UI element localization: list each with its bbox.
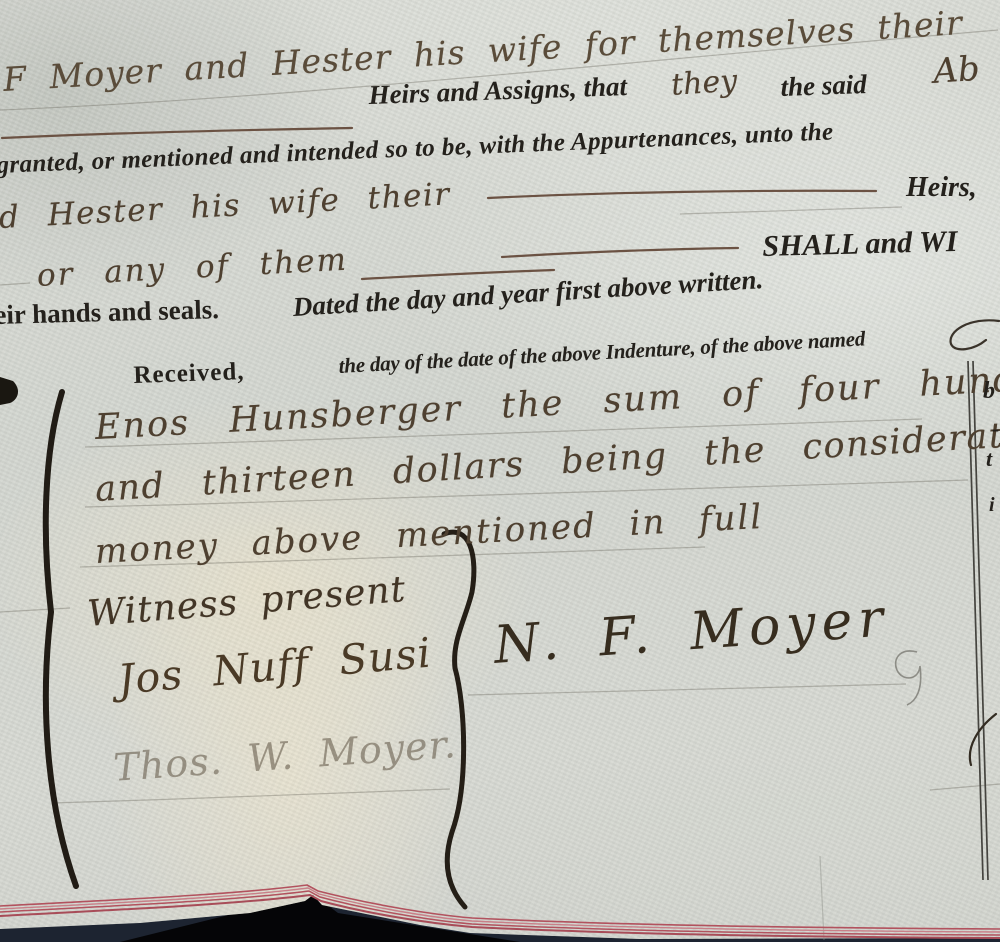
right-ink-brace — [444, 532, 474, 907]
hw-ab: Ab — [932, 49, 981, 92]
printed-heirs: Heirs, — [906, 172, 977, 204]
printed-received: Received, — [133, 358, 245, 390]
column-fragment-t: t — [986, 446, 992, 472]
column-fragment-dash: - — [992, 416, 999, 442]
top-right-ink-flourish — [951, 320, 999, 349]
red-stripe-border — [0, 885, 1000, 938]
hw-they: they — [670, 63, 738, 103]
document-photo: F Moyer and Hester his wife for themselv… — [0, 0, 1000, 942]
pencil-curl-mark — [896, 651, 921, 705]
left-ink-brace — [46, 392, 76, 886]
printed-hands-seals: eir hands and seals. — [0, 294, 219, 331]
column-fragment-b: b — [983, 378, 995, 405]
column-fragment-i: i — [989, 494, 995, 517]
left-edge-print-fragment — [0, 377, 18, 405]
printed-the-said: the said — [780, 69, 867, 103]
printed-shall: SHALL and WI — [762, 225, 958, 264]
